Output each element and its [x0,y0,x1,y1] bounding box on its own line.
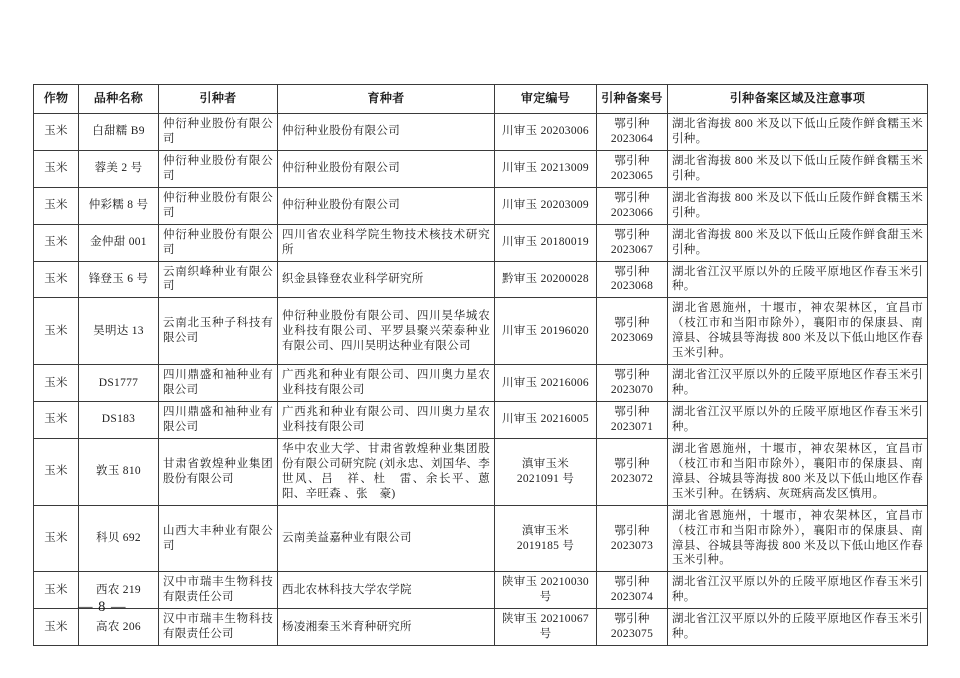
cell-record-no: 鄂引种 2023070 [597,365,668,402]
table-row: 玉米 DS1777 四川鼎盛和袖种业有限公司 广西兆和种业有限公司、四川奥力星农… [34,365,928,402]
table-row: 玉米 西农 219 汉中市瑞丰生物科技有限责任公司 西北农林科技大学农学院 陕审… [34,572,928,609]
cell-approval-no: 川审玉 20196020 [495,298,597,365]
cell-remark: 湖北省江汉平原以外的丘陵平原地区作春玉米引种。 [668,572,928,609]
cell-variety: DS1777 [79,365,159,402]
cell-breeder: 四川省农业科学院生物技术核技术研究所 [278,224,495,261]
cell-introducer: 四川鼎盛和袖种业有限公司 [159,402,278,439]
cell-remark: 湖北省海拔 800 米及以下低山丘陵作鲜食糯玉米引种。 [668,114,928,151]
cell-introducer: 甘肃省敦煌种业集团股份有限公司 [159,438,278,505]
cell-record-no: 鄂引种 2023072 [597,438,668,505]
cell-remark: 湖北省江汉平原以外的丘陵平原地区作春玉米引种。 [668,365,928,402]
cell-variety: 仲彩糯 8 号 [79,187,159,224]
cell-record-no: 鄂引种 2023074 [597,572,668,609]
cell-breeder: 仲衍种业股份有限公司 [278,114,495,151]
cell-crop: 玉米 [34,609,79,646]
cell-variety: 蓉美 2 号 [79,150,159,187]
cell-approval-no: 川审玉 20216006 [495,365,597,402]
cell-approval-no: 滇审玉米 2021091 号 [495,438,597,505]
cell-introducer: 仲衍种业股份有限公司 [159,187,278,224]
cell-approval-no: 川审玉 20180019 [495,224,597,261]
cell-breeder: 云南美益嘉种业有限公司 [278,505,495,572]
table-row: 玉米 仲彩糯 8 号 仲衍种业股份有限公司 仲衍种业股份有限公司 川审玉 202… [34,187,928,224]
cell-breeder: 仲衍种业股份有限公司、四川昊华城农业科技有限公司、平罗县聚兴荣泰种业有限公司、四… [278,298,495,365]
cell-breeder: 广西兆和种业有限公司、四川奥力星农业科技有限公司 [278,402,495,439]
cell-crop: 玉米 [34,298,79,365]
cell-record-no: 鄂引种 2023075 [597,609,668,646]
cell-approval-no: 川审玉 20216005 [495,402,597,439]
cell-remark: 湖北省海拔 800 米及以下低山丘陵作鲜食糯玉米引种。 [668,150,928,187]
cell-variety: 白甜糯 B9 [79,114,159,151]
cell-breeder: 仲衍种业股份有限公司 [278,187,495,224]
header-introducer: 引种者 [159,85,278,114]
cell-breeder: 华中农业大学、甘肃省敦煌种业集团股份有限公司研究院 (刘永忠、刘国华、李世风、吕… [278,438,495,505]
cell-crop: 玉米 [34,224,79,261]
table-body: 玉米 白甜糯 B9 仲衍种业股份有限公司 仲衍种业股份有限公司 川审玉 2020… [34,114,928,646]
cell-breeder: 西北农林科技大学农学院 [278,572,495,609]
variety-introduction-table: 作物 品种名称 引种者 育种者 审定编号 引种备案号 引种备案区域及注意事项 玉… [33,84,928,646]
cell-record-no: 鄂引种 2023069 [597,298,668,365]
cell-crop: 玉米 [34,114,79,151]
cell-breeder: 织金县锋登农业科学研究所 [278,261,495,298]
table-row: 玉米 昊明达 13 云南北玉种子科技有限公司 仲衍种业股份有限公司、四川昊华城农… [34,298,928,365]
table-row: 玉米 锋登玉 6 号 云南织峰种业有限公司 织金县锋登农业科学研究所 黔审玉 2… [34,261,928,298]
cell-crop: 玉米 [34,438,79,505]
cell-introducer: 云南织峰种业有限公司 [159,261,278,298]
cell-variety: 昊明达 13 [79,298,159,365]
cell-introducer: 汉中市瑞丰生物科技有限责任公司 [159,572,278,609]
cell-introducer: 云南北玉种子科技有限公司 [159,298,278,365]
table-row: 玉米 金仲甜 001 仲衍种业股份有限公司 四川省农业科学院生物技术核技术研究所… [34,224,928,261]
header-variety-name: 品种名称 [79,85,159,114]
table-header-row: 作物 品种名称 引种者 育种者 审定编号 引种备案号 引种备案区域及注意事项 [34,85,928,114]
cell-remark: 湖北省海拔 800 米及以下低山丘陵作鲜食糯玉米引种。 [668,187,928,224]
table-row: 玉米 白甜糯 B9 仲衍种业股份有限公司 仲衍种业股份有限公司 川审玉 2020… [34,114,928,151]
cell-introducer: 山西大丰种业有限公司 [159,505,278,572]
cell-variety: 敦玉 810 [79,438,159,505]
cell-remark: 湖北省江汉平原以外的丘陵平原地区作春玉米引种。 [668,402,928,439]
cell-crop: 玉米 [34,572,79,609]
cell-crop: 玉米 [34,150,79,187]
cell-record-no: 鄂引种 2023071 [597,402,668,439]
cell-breeder: 广西兆和种业有限公司、四川奥力星农业科技有限公司 [278,365,495,402]
cell-record-no: 鄂引种 2023073 [597,505,668,572]
cell-crop: 玉米 [34,505,79,572]
cell-crop: 玉米 [34,365,79,402]
cell-record-no: 鄂引种 2023064 [597,114,668,151]
cell-crop: 玉米 [34,402,79,439]
cell-crop: 玉米 [34,187,79,224]
cell-remark: 湖北省海拔 800 米及以下低山丘陵作鲜食甜玉米引种。 [668,224,928,261]
header-breeder: 育种者 [278,85,495,114]
cell-variety: 锋登玉 6 号 [79,261,159,298]
table-row: 玉米 蓉美 2 号 仲衍种业股份有限公司 仲衍种业股份有限公司 川审玉 2021… [34,150,928,187]
cell-remark: 湖北省恩施州，十堰市，神农架林区，宜昌市（枝江市和当阳市除外），襄阳市的保康县、… [668,505,928,572]
cell-introducer: 四川鼎盛和袖种业有限公司 [159,365,278,402]
cell-record-no: 鄂引种 2023065 [597,150,668,187]
page-number: — 8 — [78,599,127,616]
cell-remark: 湖北省江汉平原以外的丘陵平原地区作春玉米引种。 [668,261,928,298]
cell-remark: 湖北省江汉平原以外的丘陵平原地区作春玉米引种。 [668,609,928,646]
cell-remark: 湖北省恩施州，十堰市，神农架林区，宜昌市（枝江市和当阳市除外），襄阳市的保康县、… [668,438,928,505]
cell-record-no: 鄂引种 2023068 [597,261,668,298]
cell-variety: 金仲甜 001 [79,224,159,261]
cell-record-no: 鄂引种 2023067 [597,224,668,261]
cell-variety: DS183 [79,402,159,439]
header-record-number: 引种备案号 [597,85,668,114]
cell-approval-no: 川审玉 20213009 [495,150,597,187]
cell-approval-no: 川审玉 20203009 [495,187,597,224]
cell-approval-no: 川审玉 20203006 [495,114,597,151]
cell-approval-no: 陕审玉 20210030 号 [495,572,597,609]
cell-record-no: 鄂引种 2023066 [597,187,668,224]
table-row: 玉米 科贝 692 山西大丰种业有限公司 云南美益嘉种业有限公司 滇审玉米 20… [34,505,928,572]
cell-breeder: 仲衍种业股份有限公司 [278,150,495,187]
document-page: 作物 品种名称 引种者 育种者 审定编号 引种备案号 引种备案区域及注意事项 玉… [0,0,960,678]
cell-introducer: 汉中市瑞丰生物科技有限责任公司 [159,609,278,646]
cell-crop: 玉米 [34,261,79,298]
header-crop: 作物 [34,85,79,114]
cell-approval-no: 陕审玉 20210067 号 [495,609,597,646]
cell-approval-no: 黔审玉 20200028 [495,261,597,298]
cell-breeder: 杨凌湘秦玉米育种研究所 [278,609,495,646]
table-row: 玉米 敦玉 810 甘肃省敦煌种业集团股份有限公司 华中农业大学、甘肃省敦煌种业… [34,438,928,505]
cell-approval-no: 滇审玉米 2019185 号 [495,505,597,572]
header-approval-number: 审定编号 [495,85,597,114]
cell-remark: 湖北省恩施州，十堰市，神农架林区，宜昌市（枝江市和当阳市除外），襄阳市的保康县、… [668,298,928,365]
cell-introducer: 仲衍种业股份有限公司 [159,224,278,261]
table-row: 玉米 高农 206 汉中市瑞丰生物科技有限责任公司 杨凌湘秦玉米育种研究所 陕审… [34,609,928,646]
cell-introducer: 仲衍种业股份有限公司 [159,114,278,151]
cell-introducer: 仲衍种业股份有限公司 [159,150,278,187]
cell-variety: 科贝 692 [79,505,159,572]
table-row: 玉米 DS183 四川鼎盛和袖种业有限公司 广西兆和种业有限公司、四川奥力星农业… [34,402,928,439]
header-record-region-notes: 引种备案区域及注意事项 [668,85,928,114]
